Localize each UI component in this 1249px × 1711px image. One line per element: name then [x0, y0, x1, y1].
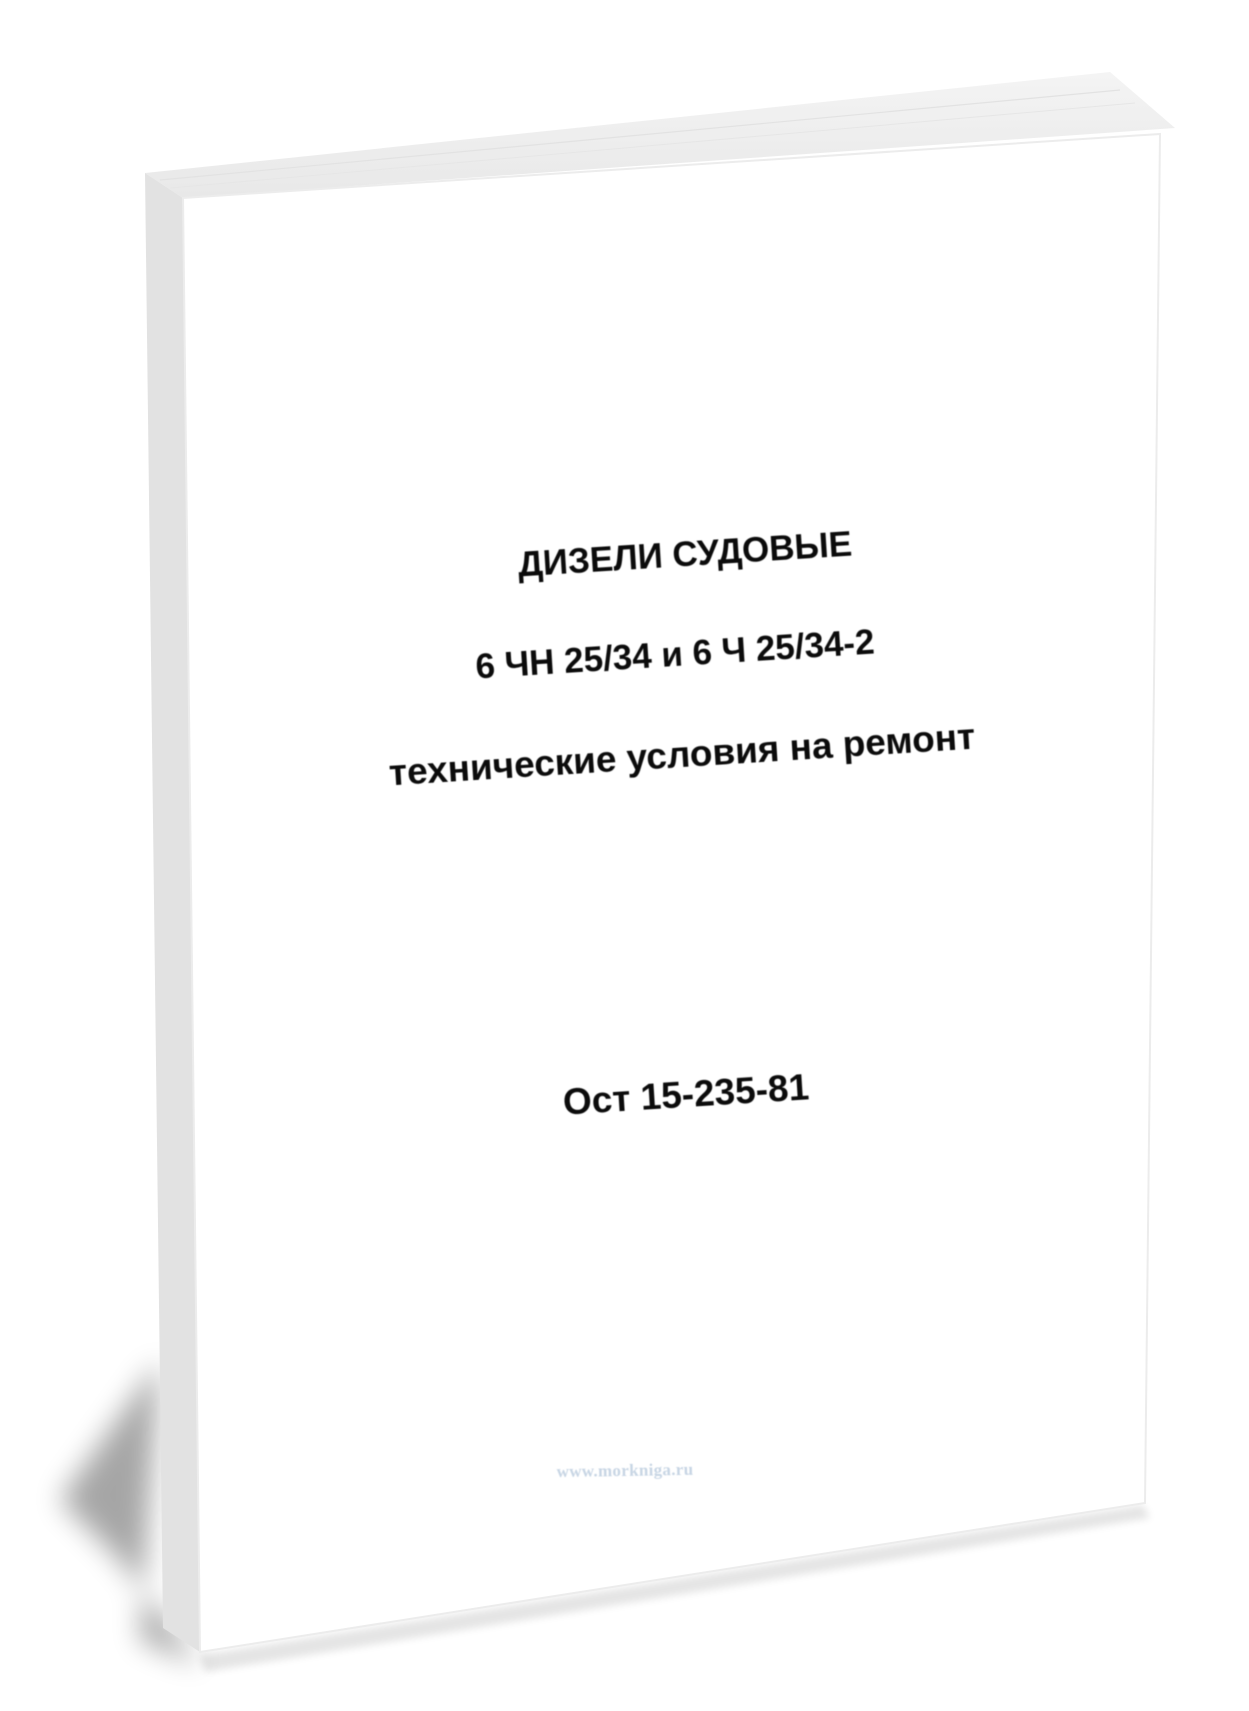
book-mockup: ДИЗЕЛИ СУДОВЫЕ 6 ЧН 25/34 и 6 Ч 25/34-2 …: [0, 0, 1249, 1711]
book-cover: [183, 134, 1160, 1652]
book-3d-shape: [0, 0, 1249, 1711]
watermark-url: www.morknіga.ru: [556, 1460, 693, 1482]
